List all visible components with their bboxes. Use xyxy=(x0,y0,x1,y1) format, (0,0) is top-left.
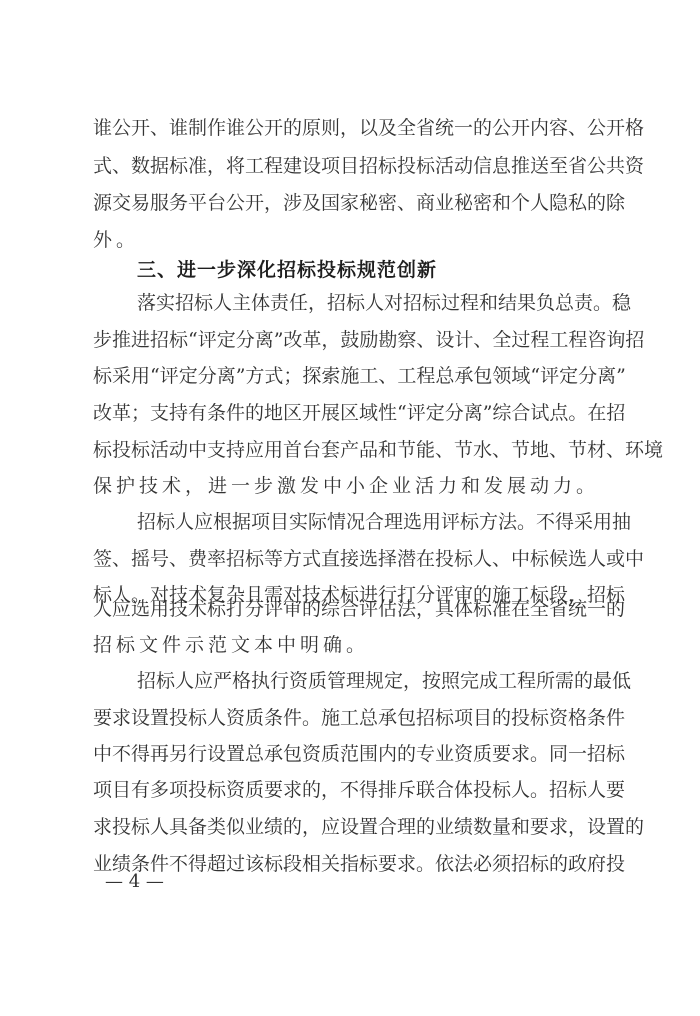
section-heading: 三、进一步深化招标投标规范创新 xyxy=(137,255,437,285)
text-line: 业绩条件不得超过该标段相关指标要求。依法必须招标的政府投 xyxy=(93,849,607,879)
text-line: 改革；支持有条件的地区开展区域性“评定分离”综合试点。在招 xyxy=(93,398,607,428)
text-line: 标投标活动中支持应用首台套产品和节能、节水、节地、节材、环境 xyxy=(93,435,607,465)
text-line: 中不得再另行设置总承包资质范围内的专业资质要求。同一招标 xyxy=(93,739,607,769)
document-page: 谁公开、谁制作谁公开的原则，以及全省统一的公开内容、公开格 式、数据标准，将工程… xyxy=(0,0,700,1016)
text-line: 求投标人具备类似业绩的，应设置合理的业绩数量和要求，设置的 xyxy=(93,812,607,842)
text-line: 落实招标人主体责任，招标人对招标过程和结果负总责。稳 xyxy=(137,288,607,318)
text-line: 招标文件示范文本中明确。 xyxy=(93,630,607,660)
text-line: 谁公开、谁制作谁公开的原则，以及全省统一的公开内容、公开格 xyxy=(93,113,607,143)
text-line: 招标人应严格执行资质管理规定，按照完成工程所需的最低 xyxy=(137,666,607,696)
text-line: 人应选用技术标打分评审的综合评估法，具体标准在全省统一的 xyxy=(93,594,607,624)
text-line: 式、数据标准，将工程建设项目招标投标活动信息推送至省公共资 xyxy=(93,151,607,181)
text-line: 签、摇号、费率招标等方式直接选择潜在投标人、中标候选人或中 xyxy=(93,544,607,574)
text-line: 源交易服务平台公开，涉及国家秘密、商业秘密和个人隐私的除 xyxy=(93,188,607,218)
text-line: 招标人应根据项目实际情况合理选用评标方法。不得采用抽 xyxy=(137,507,607,537)
text-line: 保护技术，进一步激发中小企业活力和发展动力。 xyxy=(93,471,607,501)
page-number: — 4 — xyxy=(105,868,164,896)
text-line: 项目有多项投标资质要求的，不得排斥联合体投标人。招标人要 xyxy=(93,775,607,805)
text-line: 标采用“评定分离”方式；探索施工、工程总承包领域“评定分离” xyxy=(93,361,607,391)
text-line: 要求设置投标人资质条件。施工总承包招标项目的投标资格条件 xyxy=(93,703,607,733)
text-line: 外。 xyxy=(93,225,607,255)
text-line: 步推进招标“评定分离”改革，鼓励勘察、设计、全过程工程咨询招 xyxy=(93,325,607,355)
